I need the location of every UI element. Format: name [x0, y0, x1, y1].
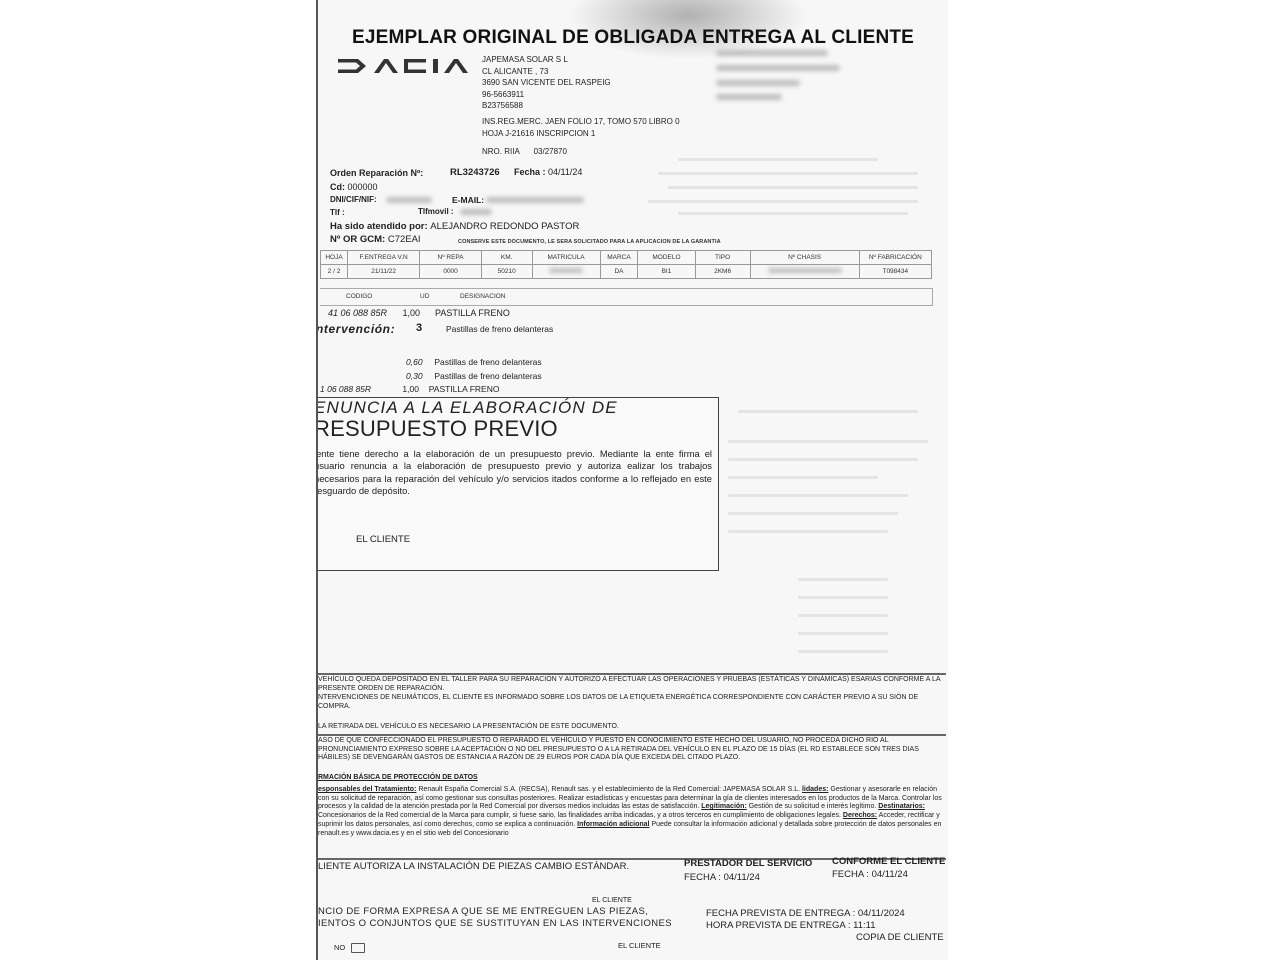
bleed-through-text [798, 596, 888, 599]
client-conform-date: FECHA : 04/11/24 [832, 869, 908, 880]
item-code: 41 06 088 85R [328, 308, 400, 318]
bleed-through-text [798, 578, 888, 581]
vehicle-table-row: 2 / 2 21/11/22 0000 50210 DA BI1 2KM6 T0… [321, 265, 932, 279]
company-street: CL ALICANTE , 73 [482, 66, 611, 78]
bleed-through-text [798, 614, 888, 617]
item-qty: 1,00 [403, 308, 433, 318]
line-qty: 0,60 [406, 357, 432, 367]
legal-deposit-text: VEHÍCULO QUEDA DEPOSITADO EN EL TALLER P… [318, 676, 946, 693]
redacted-email [486, 197, 584, 203]
privacy-info-label: Información adicional [577, 821, 649, 828]
expected-delivery-date: FECHA PREVISTA DE ENTREGA : 04/11/2024 [706, 908, 905, 919]
tlf-label: Tlf : [330, 208, 345, 217]
intervention-desc: Pastillas de freno delanteras [446, 324, 553, 334]
waiver-heading-2: RESUPUESTO PREVIO [316, 416, 558, 442]
privacy-text: esponsables del Tratamiento: Renault Esp… [318, 786, 946, 838]
vehicle-table-header: HOJA F.ENTREGA V.N Nº REPA KM. MATRICULA… [321, 251, 932, 265]
cell-hoja: 2 / 2 [321, 265, 348, 279]
bleed-through-text [728, 530, 888, 533]
line-desc: Pastillas de freno delanteras [434, 371, 541, 381]
bleed-through-text [798, 650, 888, 653]
cell-fabricacion: T098434 [859, 265, 931, 279]
line-code: 1 06 088 85R [320, 384, 400, 394]
intervention-line: 1 06 088 85R 1,00 PASTILLA FRENO [320, 384, 499, 394]
bleed-through-text [648, 200, 918, 203]
intervention-number: 3 [416, 322, 422, 334]
dacia-logo [338, 56, 478, 81]
attended-value: ALEJANDRO REDONDO PASTOR [430, 221, 579, 232]
bleed-through-text [728, 440, 928, 443]
service-provider-date: FECHA : 04/11/24 [684, 872, 760, 883]
company-name: JAPEMASA SOLAR S L [482, 54, 611, 66]
items-header-codigo: CODIGO [346, 293, 372, 300]
waiver-signature-label: EL CLIENTE [356, 534, 410, 545]
no-label: NO [334, 943, 345, 952]
privacy-leg-label: Legitimación: [701, 803, 747, 810]
client-copy-label: COPIA DE CLIENTE [856, 932, 944, 943]
order-number-label: Orden Reparación Nº: [330, 168, 423, 178]
budget-waiver-box: ENUNCIA A LA ELABORACIÓN DE RESUPUESTO P… [316, 397, 719, 571]
registry-line-2: HOJA J-21616 INSCRIPCION 1 [482, 128, 680, 140]
bleed-through-text [658, 172, 918, 175]
gcm-field: Nº OR GCM: C72EAI [330, 234, 421, 245]
client-signature-label: EL CLIENTE [618, 941, 661, 950]
cell-modelo: BI1 [638, 265, 695, 279]
order-number: RL3243726 [450, 167, 500, 178]
cell-km: 50210 [481, 265, 532, 279]
divider [318, 734, 946, 736]
parts-waiver-line-2: IENTOS O CONJUNTOS QUE SE SUSTITUYAN EN … [318, 918, 672, 929]
bleed-through-text [728, 512, 898, 515]
authorize-standard-parts: LIENTE AUTORIZA LA INSTALACIÓN DE PIEZAS… [318, 861, 629, 872]
order-date: Fecha : 04/11/24 [514, 167, 582, 177]
dacia-logo-icon [338, 56, 478, 76]
redacted-address-line [716, 94, 782, 100]
order-date-value: 04/11/24 [548, 167, 582, 177]
company-city: 3690 SAN VICENTE DEL RASPEIG [482, 77, 611, 89]
waiver-heading-1: ENUNCIA A LA ELABORACIÓN DE [316, 398, 618, 418]
service-provider-label: PRESTADOR DEL SERVICIO [684, 858, 812, 869]
divider [318, 673, 946, 675]
registry-line-1: INS.REG.MERC. JAEN FOLIO 17, TOMO 570 LI… [482, 116, 680, 128]
intervention-line: 0,60 Pastillas de freno delanteras [406, 357, 542, 367]
privacy-resp: Renault España Comercial S.A. (RECSA), R… [416, 786, 800, 793]
cd-value: 000000 [348, 182, 378, 192]
order-date-label: Fecha : [514, 167, 546, 177]
cell-marca: DA [600, 265, 638, 279]
item-desc: PASTILLA FRENO [435, 308, 510, 318]
bleed-through-text [798, 632, 888, 635]
line-desc: Pastillas de freno delanteras [434, 357, 541, 367]
redacted-address-line [716, 80, 800, 86]
col-chasis: Nº CHASIS [750, 251, 859, 265]
no-option: NO [334, 943, 365, 953]
nro-riia-label: NRO. RIIA [482, 147, 519, 156]
expected-delivery-time: HORA PREVISTA DE ENTREGA : 11:11 [706, 920, 875, 931]
legal-withdrawal-text: LA RETIRADA DEL VEHÍCULO ES NECESARIO LA… [318, 723, 946, 732]
redacted-mobile [460, 209, 492, 215]
col-matricula: MATRICULA [532, 251, 600, 265]
conserve-notice: CONSERVE ESTE DOCUMENTO, LE SERA SOLICIT… [458, 239, 721, 245]
line-qty: 0,30 [406, 371, 432, 381]
legal-tyres-text: NTERVENCIONES DE NEUMÁTICOS, EL CLIENTE … [318, 694, 946, 711]
bleed-through-text [668, 186, 918, 189]
tlfmovil-label: Tlfmovil : [418, 207, 454, 216]
privacy-leg: Gestión de su solicitud e interés legíti… [747, 803, 879, 810]
intervention-line: 0,30 Pastillas de freno delanteras [406, 371, 542, 381]
line-desc: PASTILLA FRENO [429, 384, 500, 394]
col-hoja: HOJA [321, 251, 348, 265]
privacy-dest: Concesionarios de la Red comercial de la… [318, 812, 843, 819]
cell-fentrega: 21/11/22 [347, 265, 419, 279]
dni-label: DNI/CIF/NIF: [330, 195, 377, 204]
bleed-through-text [728, 458, 918, 461]
privacy-dest-label: Destinatarios: [878, 803, 925, 810]
client-conform-label: CONFORME EL CLIENTE [832, 856, 945, 867]
company-info: JAPEMASA SOLAR S L CL ALICANTE , 73 3690… [482, 54, 611, 112]
attended-by: Ha sido atendido por: ALEJANDRO REDONDO … [330, 221, 579, 232]
col-nrepa: Nº REPA [420, 251, 482, 265]
registry-info: INS.REG.MERC. JAEN FOLIO 17, TOMO 570 LI… [482, 116, 680, 139]
gcm-value: C72EAI [388, 234, 421, 245]
cell-nrepa: 0000 [420, 265, 482, 279]
waiver-body: iente tiene derecho a la elaboración de … [316, 448, 712, 498]
document-title: EJEMPLAR ORIGINAL DE OBLIGADA ENTREGA AL… [352, 27, 914, 49]
col-marca: MARCA [600, 251, 638, 265]
privacy-fin-label: lidades: [802, 786, 828, 793]
intervention-label: ntervención: [316, 322, 395, 336]
col-modelo: MODELO [638, 251, 695, 265]
repair-order-document: EJEMPLAR ORIGINAL DE OBLIGADA ENTREGA AL… [316, 0, 948, 960]
vehicle-table: HOJA F.ENTREGA V.N Nº REPA KM. MATRICULA… [320, 250, 932, 279]
items-header-designacion: DESIGNACION [460, 293, 506, 300]
legal-storage-fee-text: ASO DE QUE CONFECCIONADO EL PRESUPUESTO … [318, 737, 946, 763]
no-checkbox[interactable] [351, 943, 365, 953]
company-phone: 96-5663911 [482, 89, 611, 101]
bleed-through-text [678, 158, 878, 161]
bleed-through-text [678, 212, 908, 215]
col-fabricacion: Nº FABRICACIÓN [859, 251, 931, 265]
client-signature-label: EL CLIENTE [592, 897, 632, 904]
gcm-label: Nº OR GCM: [330, 234, 385, 245]
redacted-dni [386, 197, 432, 203]
col-tipo: TIPO [695, 251, 750, 265]
redacted-address-line [716, 50, 828, 56]
privacy-der-label: Derechos: [843, 812, 877, 819]
privacy-title: RMACIÓN BÁSICA DE PROTECCIÓN DE DATOS [318, 774, 946, 783]
cell-chasis [750, 265, 859, 279]
attended-label: Ha sido atendido por: [330, 221, 428, 232]
cell-matricula [532, 265, 600, 279]
privacy-resp-label: esponsables del Tratamiento: [318, 786, 416, 793]
bleed-through-text [738, 410, 918, 413]
items-header-ud: UD [420, 293, 429, 300]
parts-waiver-line-1: NCIO DE FORMA EXPRESA A QUE SE ME ENTREG… [318, 906, 648, 917]
cd-label: Cd: [330, 182, 345, 192]
col-km: KM. [481, 251, 532, 265]
items-header: CODIGO UD DESIGNACION [320, 288, 933, 306]
col-fentrega: F.ENTREGA V.N [347, 251, 419, 265]
redacted-address-line [716, 65, 840, 71]
bleed-through-text [728, 476, 878, 479]
item-line: 41 06 088 85R 1,00 PASTILLA FRENO [328, 308, 510, 318]
email-label: E-MAIL: [452, 195, 484, 205]
bleed-through-text [728, 494, 908, 497]
line-qty: 1,00 [402, 384, 426, 394]
nro-riia: NRO. RIIA 03/27870 [482, 147, 567, 156]
nro-riia-value: 03/27870 [534, 147, 567, 156]
cd-field: Cd: 000000 [330, 182, 378, 192]
company-cif: B23756588 [482, 100, 611, 112]
cell-tipo: 2KM6 [695, 265, 750, 279]
